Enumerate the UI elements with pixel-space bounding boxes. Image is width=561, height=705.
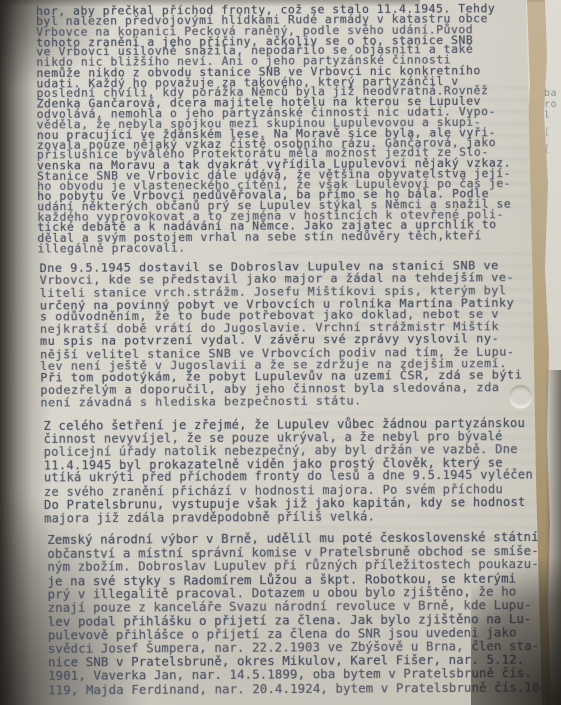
paragraph: Z celého šetření je zřejmé, že Lupulev v… [44, 416, 549, 525]
text-line: majora již zdála pravděpodobně příliš ve… [44, 509, 548, 525]
text-line: není závadná s hlediska bezpečnosti stát… [40, 394, 547, 409]
edge-text-fragment: ro [544, 99, 560, 110]
edge-text-fragments: ba ro l [ [ [544, 88, 560, 155]
edge-text-fragment: [ [544, 144, 560, 155]
edge-text-fragment: ba [544, 88, 560, 99]
edge-text-fragment: l [544, 110, 560, 121]
paragraph: Dne 9.5.1945 dostavil se Dobroslav Lupul… [40, 259, 548, 409]
photo-background: ba ro l [ [ hor, aby přečkal příchod fro… [0, 0, 561, 705]
photo-of-document: { "document": { "language": "cs", "kind"… [0, 0, 561, 705]
typewritten-text: hor, aby přečkal příchod fronty, což se … [0, 3, 549, 697]
paragraph: hor, aby přečkal příchod fronty, což se … [36, 3, 547, 253]
text-line: illegálně pracovali. [37, 240, 546, 253]
edge-text-fragment: [ [544, 127, 560, 138]
bottom-right-shadow [471, 535, 561, 705]
